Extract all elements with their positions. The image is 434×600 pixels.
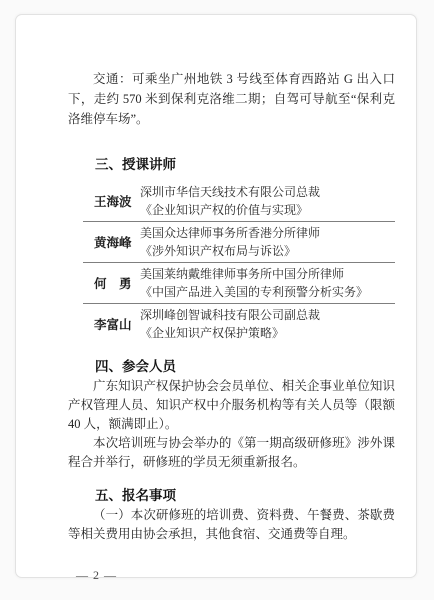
lecturer-name: 李富山 [83, 315, 140, 333]
merge-note-paragraph: 本次培训班与协会举办的《第一期高级研修班》涉外课程合并举行，研修班的学员无须重新… [68, 434, 395, 472]
lecturer-title: 美国莱纳戴维律师事务所中国分所律师 [140, 265, 395, 283]
lecturer-name: 王海波 [83, 192, 140, 210]
participants-paragraph: 广东知识产权保护协会会员单位、相关企事业单位知识产权管理人员、知识产权中介服务机… [68, 377, 395, 434]
lecturer-description: 美国莱纳戴维律师事务所中国分所律师 《中国产品进入美国的专利预警分析实务》 [140, 265, 395, 301]
lecturer-row: 王海波 深圳市华信天线技术有限公司总裁 《企业知识产权的价值与实现》 [83, 181, 395, 222]
lecturer-title: 深圳市华信天线技术有限公司总裁 [140, 183, 395, 201]
lecturer-title: 美国众达律师事务所香港分所律师 [140, 224, 395, 242]
section-heading-registration: 五、报名事项 [68, 486, 395, 506]
lecturer-course: 《涉外知识产权布局与诉讼》 [140, 242, 395, 260]
section-heading-lecturers: 三、授课讲师 [68, 155, 395, 175]
lecturer-row: 黄海峰 美国众达律师事务所香港分所律师 《涉外知识产权布局与诉讼》 [83, 222, 395, 263]
lecturers-table: 王海波 深圳市华信天线技术有限公司总裁 《企业知识产权的价值与实现》 黄海峰 美… [83, 181, 395, 344]
document-page: 交通：可乘坐广州地铁 3 号线至体育西路站 G 出入口下，走约 570 米到保利… [15, 14, 417, 578]
lecturer-row: 何 勇 美国莱纳戴维律师事务所中国分所律师 《中国产品进入美国的专利预警分析实务… [83, 263, 395, 304]
page-number: — 2 — [76, 568, 395, 583]
fees-paragraph: （一）本次研修班的培训费、资料费、午餐费、茶歇费等相关费用由协会承担，其他食宿、… [68, 506, 395, 544]
lecturer-course: 《中国产品进入美国的专利预警分析实务》 [140, 283, 395, 301]
lecturer-course: 《企业知识产权保护策略》 [140, 324, 395, 342]
lecturer-title: 深圳峰创智诚科技有限公司副总裁 [140, 306, 395, 324]
lecturer-description: 美国众达律师事务所香港分所律师 《涉外知识产权布局与诉讼》 [140, 224, 395, 260]
lecturer-description: 深圳峰创智诚科技有限公司副总裁 《企业知识产权保护策略》 [140, 306, 395, 342]
transport-paragraph: 交通：可乘坐广州地铁 3 号线至体育西路站 G 出入口下，走约 570 米到保利… [68, 69, 395, 129]
lecturer-description: 深圳市华信天线技术有限公司总裁 《企业知识产权的价值与实现》 [140, 183, 395, 219]
lecturer-name: 黄海峰 [83, 233, 140, 251]
lecturer-row: 李富山 深圳峰创智诚科技有限公司副总裁 《企业知识产权保护策略》 [83, 304, 395, 344]
page-content: 交通：可乘坐广州地铁 3 号线至体育西路站 G 出入口下，走约 570 米到保利… [68, 69, 395, 583]
lecturer-course: 《企业知识产权的价值与实现》 [140, 201, 395, 219]
lecturer-name: 何 勇 [83, 274, 140, 292]
section-heading-participants: 四、参会人员 [68, 357, 395, 377]
